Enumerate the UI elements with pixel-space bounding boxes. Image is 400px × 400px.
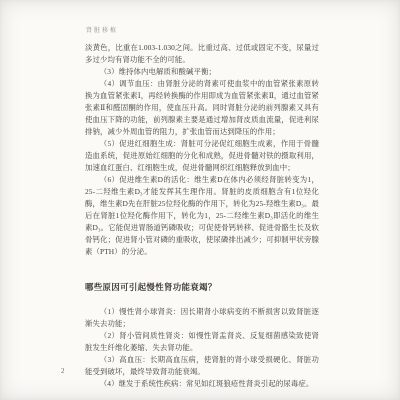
paragraph: （4）调节血压：由肾脏分泌的肾素可使血浆中的血管紧张素原转换为血管紧张素Ⅰ，再经… xyxy=(85,78,319,138)
section-heading-crf-causes: 哪些原因可引起慢性肾功能衰竭？ xyxy=(85,282,319,294)
section-kidney-functions: 淡黄色，比重在1.003-1.030之间。比重过高、过低或固定不变，尿量过多过少… xyxy=(85,42,319,258)
paragraph: （3）维持体内电解质和酸碱平衡； xyxy=(85,66,319,78)
book-page: 肾脏移植 淡黄色，比重在1.003-1.030之间。比重过高、过低或固定不变，尿… xyxy=(0,0,400,400)
page-body: 淡黄色，比重在1.003-1.030之间。比重过高、过低或固定不变，尿量过多过少… xyxy=(85,42,319,390)
paragraph: （4）继发于系统性疾病：常见如红斑狼疮性肾炎引起的尿毒症。 xyxy=(85,378,319,390)
paragraph: 淡黄色，比重在1.003-1.030之间。比重过高、过低或固定不变，尿量过多过少… xyxy=(85,42,319,66)
paragraph: （6）促进维生素D的活化：维生素D在体内必须经肾脏转变为1，25-二羟维生素D₃… xyxy=(85,174,319,258)
section-crf-causes: （1）慢性肾小球肾炎：因长期肾小球病变的不断损害以致肾脏逐渐失去功能；（2）肾小… xyxy=(85,306,319,390)
paragraph: （5）促进红细胞生成：肾脏可分泌促红细胞生成素，作用于骨髓造血系统，促进原始红细… xyxy=(85,138,319,174)
page-number: 2 xyxy=(61,367,65,375)
running-head: 肾脏移植 xyxy=(86,25,118,34)
paragraph: （1）慢性肾小球肾炎：因长期肾小球病变的不断损害以致肾脏逐渐失去功能； xyxy=(85,306,319,330)
paragraph: （2）肾小管间质性肾炎：如慢性肾盂肾炎、反复细菌感染致使肾脏发生纤维化萎缩、失去… xyxy=(85,330,319,354)
paragraph: （3）高血压：长期高血压病，使肾脏的肾小球受损硬化、肾脏功能受到破坏，最终导致肾… xyxy=(85,354,319,378)
